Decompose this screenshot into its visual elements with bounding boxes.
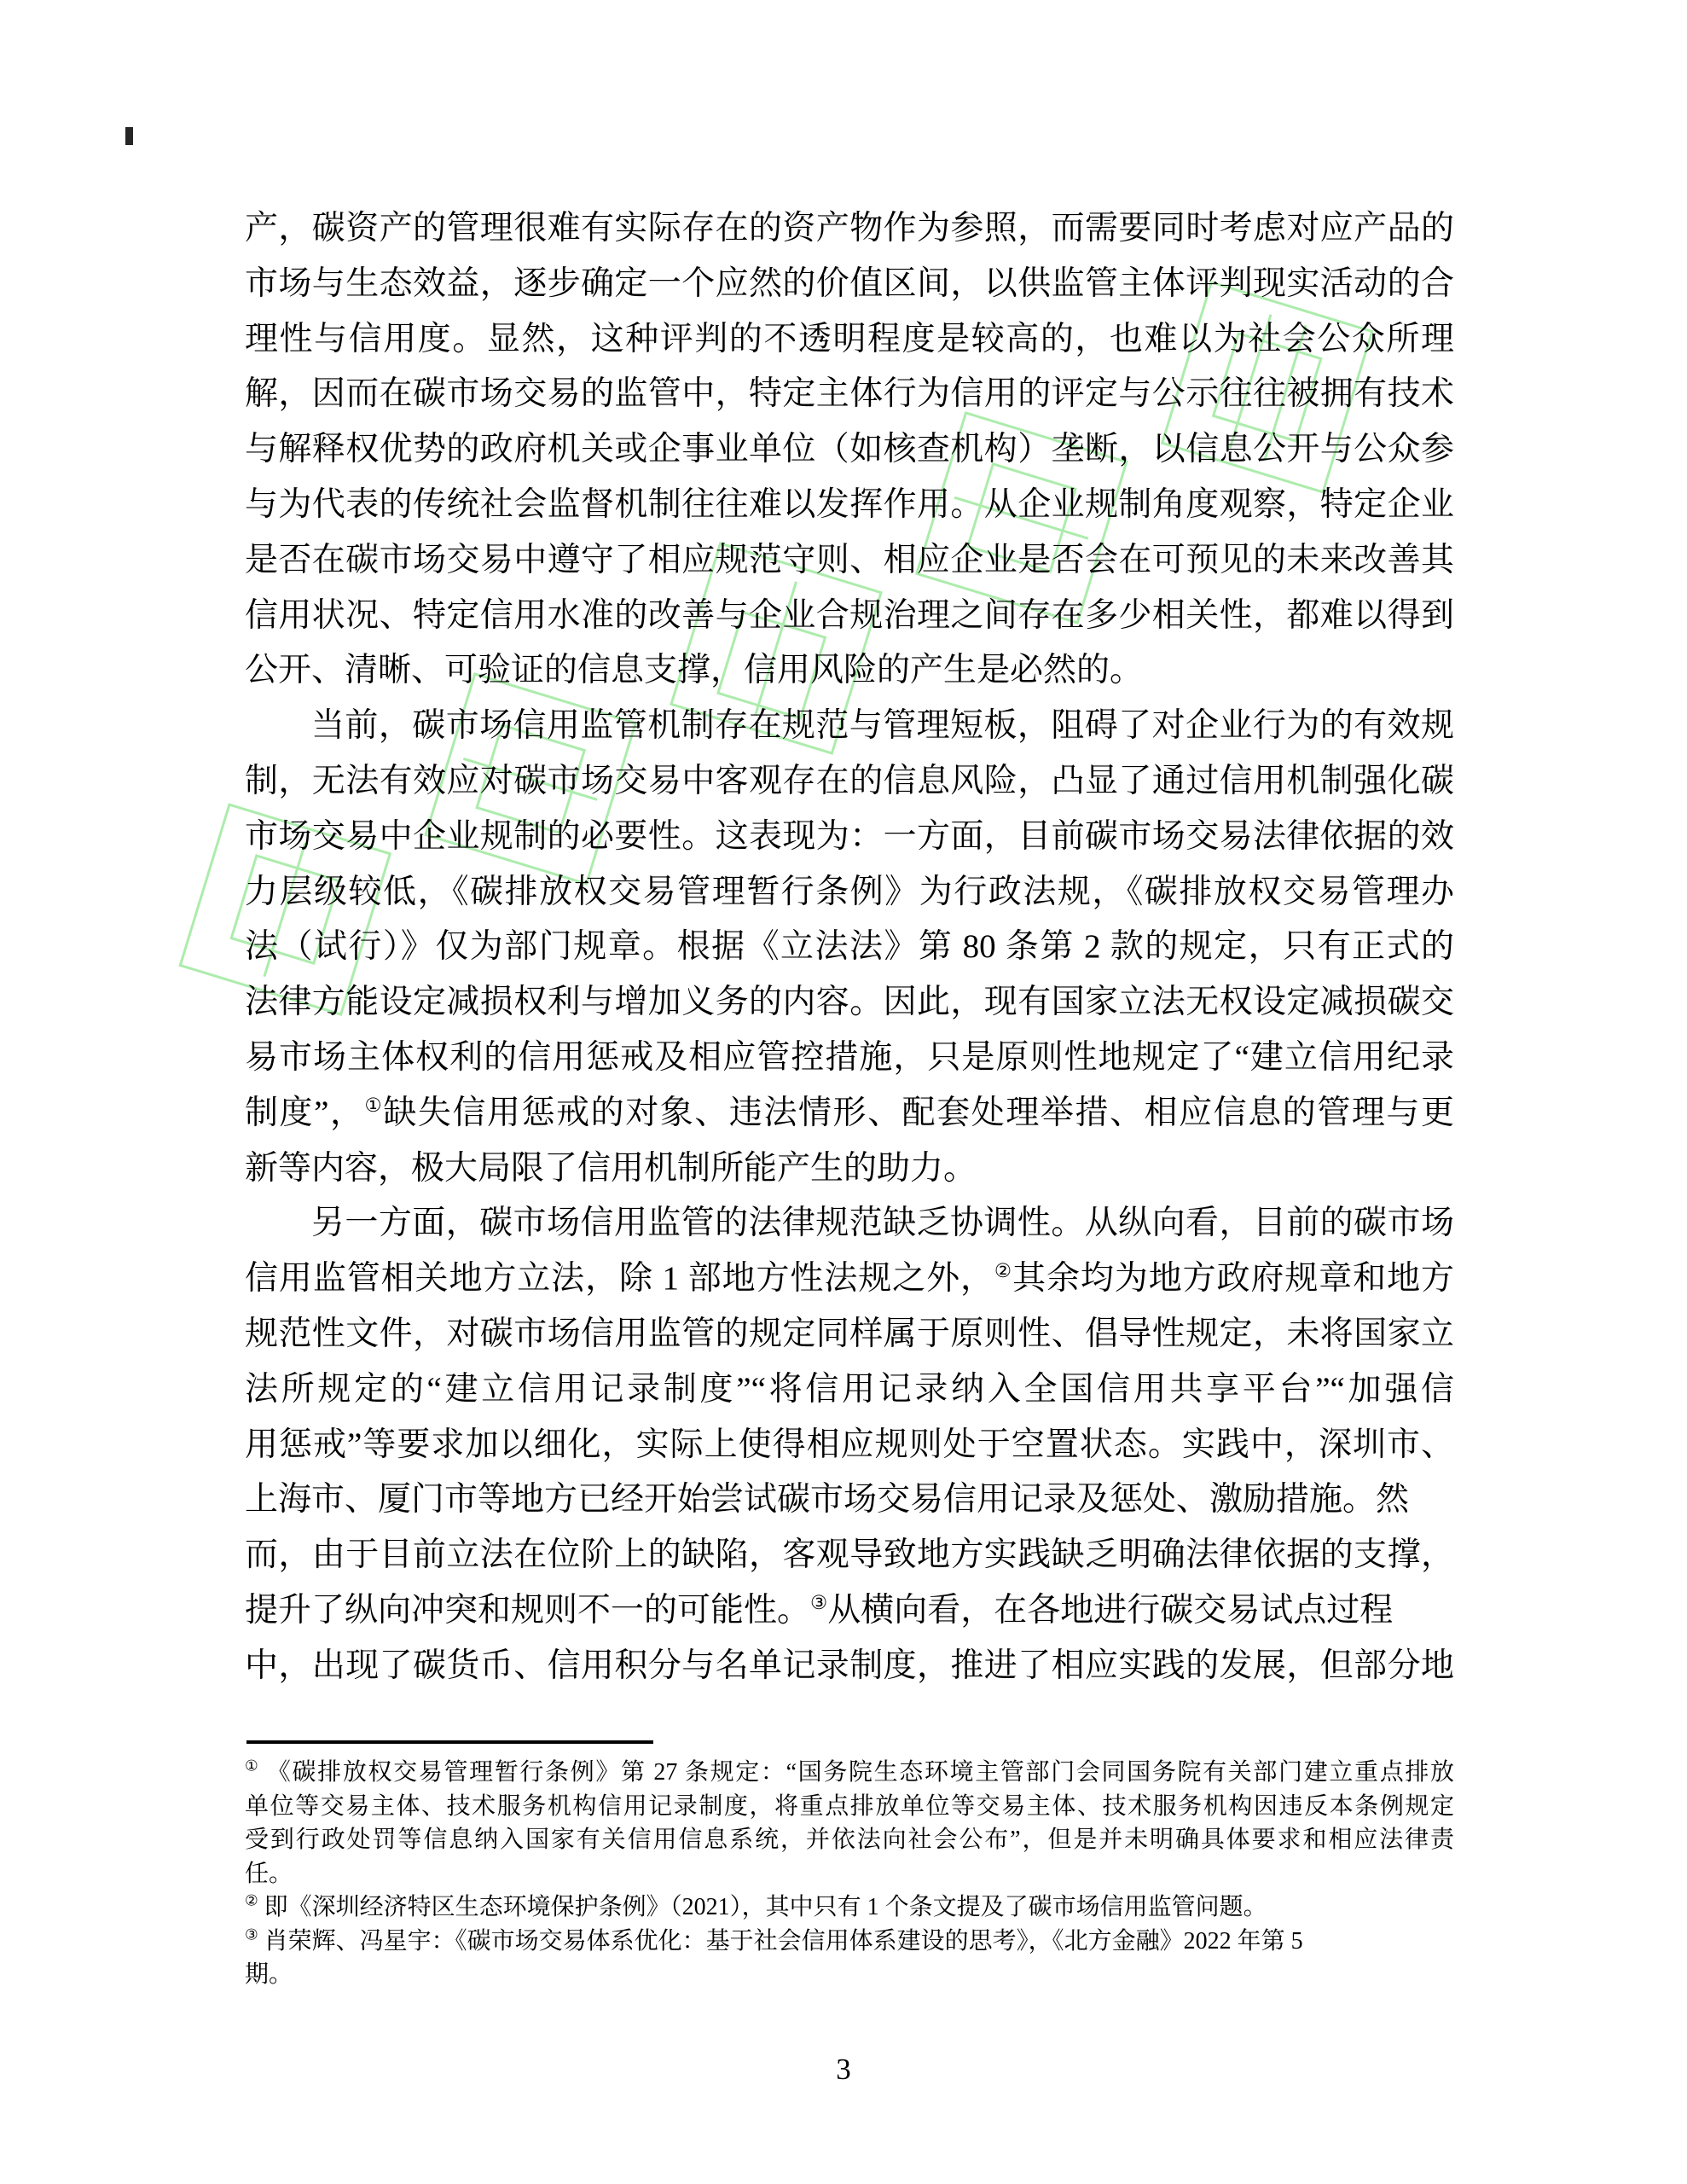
body-line: 上海市、厦门市等地方已经开始尝试碳市场交易信用记录及惩处、激励措施。然 xyxy=(245,1472,1454,1528)
body-line: 法所规定的“建立信用记录制度”“将信用记录纳入全国信用共享平台”“加强信 xyxy=(245,1362,1454,1418)
body-line: 制，无法有效应对碳市场交易中客观存在的信息风险，凸显了通过信用机制强化碳 xyxy=(245,754,1454,810)
document-page: 产，碳资产的管理很难有实际存在的资产物作为参照，而需要同时考虑对应产品的市场与生… xyxy=(0,0,1687,2184)
body-line: 解，因而在碳市场交易的监管中，特定主体行为信用的评定与公示往往被拥有技术 xyxy=(245,367,1454,422)
body-line: 提升了纵向冲突和规则不一的可能性。③从横向看，在各地进行碳交易试点过程 xyxy=(245,1583,1454,1639)
body-line: 另一方面，碳市场信用监管的法律规范缺乏协调性。从纵向看，目前的碳市场 xyxy=(245,1196,1454,1252)
body-line: 市场交易中企业规制的必要性。这表现为：一方面，目前碳市场交易法律依据的效 xyxy=(245,810,1454,865)
body-line: 法律方能设定减损权利与增加义务的内容。因此，现有国家立法无权设定减损碳交 xyxy=(245,975,1454,1031)
body-line: 信用监管相关地方立法，除 1 部地方性法规之外，②其余均为地方政府规章和地方 xyxy=(245,1252,1454,1307)
footnotes: ① 《碳排放权交易管理暂行条例》第 27 条规定：“国务院生态环境主管部门会同国… xyxy=(245,1756,1454,1992)
body-line: 与解释权优势的政府机关或企事业单位（如核查机构）垄断，以信息公开与公众参 xyxy=(245,422,1454,478)
body-line: 易市场主体权利的信用惩戒及相应管控措施，只是原则性地规定了“建立信用纪录 xyxy=(245,1031,1454,1086)
body-line: 公开、清晰、可验证的信息支撑，信用风险的产生是必然的。 xyxy=(245,643,1454,699)
footnote-line: 任。 xyxy=(245,1857,1454,1891)
footnote-line: ② 即《深圳经济特区生态环境保护条例》（2021），其中只有 1 个条文提及了碳… xyxy=(245,1891,1454,1925)
body-line: 当前，碳市场信用监管机制存在规范与管理短板，阻碍了对企业行为的有效规 xyxy=(245,699,1454,754)
footnote-line: 单位等交易主体、技术服务机构信用记录制度，将重点排放单位等交易主体、技术服务机构… xyxy=(245,1790,1454,1824)
body-line: 理性与信用度。显然，这种评判的不透明程度是较高的，也难以为社会公众所理 xyxy=(245,312,1454,368)
footnote-line: 期。 xyxy=(245,1958,1454,1992)
body-line: 用惩戒”等要求加以细化，实际上使得相应规则处于空置状态。实践中，深圳市、 xyxy=(245,1418,1454,1473)
footnote-line: ③ 肖荣辉、冯星宇：《碳市场交易体系优化：基于社会信用体系建设的思考》，《北方金… xyxy=(245,1925,1454,1959)
body-line: 新等内容，极大局限了信用机制所能产生的助力。 xyxy=(245,1141,1454,1197)
body-line: 力层级较低，《碳排放权交易管理暂行条例》为行政法规，《碳排放权交易管理办 xyxy=(245,865,1454,921)
footnote-separator xyxy=(246,1740,653,1744)
body-line: 而，由于目前立法在位阶上的缺陷，客观导致地方实践缺乏明确法律依据的支撑， xyxy=(245,1528,1454,1583)
footnote-line: ① 《碳排放权交易管理暂行条例》第 27 条规定：“国务院生态环境主管部门会同国… xyxy=(245,1756,1454,1790)
scan-artifact xyxy=(125,127,133,145)
body-line: 法（试行）》仅为部门规章。根据《立法法》第 80 条第 2 款的规定，只有正式的 xyxy=(245,920,1454,975)
body-line: 中，出现了碳货币、信用积分与名单记录制度，推进了相应实践的发展，但部分地 xyxy=(245,1639,1454,1694)
page-number: 3 xyxy=(0,2053,1687,2087)
body-line: 规范性文件，对碳市场信用监管的规定同样属于原则性、倡导性规定，未将国家立 xyxy=(245,1307,1454,1362)
footnote-line: 受到行政处罚等信息纳入国家有关信用信息系统，并依法向社会公布”，但是并未明确具体… xyxy=(245,1823,1454,1857)
body-line: 制度”，①缺失信用惩戒的对象、违法情形、配套处理举措、相应信息的管理与更 xyxy=(245,1086,1454,1141)
body-text: 产，碳资产的管理很难有实际存在的资产物作为参照，而需要同时考虑对应产品的市场与生… xyxy=(245,201,1454,1694)
body-line: 市场与生态效益，逐步确定一个应然的价值区间，以供监管主体评判现实活动的合 xyxy=(245,257,1454,312)
body-line: 与为代表的传统社会监督机制往往难以发挥作用。从企业规制角度观察，特定企业 xyxy=(245,478,1454,533)
body-line: 产，碳资产的管理很难有实际存在的资产物作为参照，而需要同时考虑对应产品的 xyxy=(245,201,1454,257)
body-line: 是否在碳市场交易中遵守了相应规范守则、相应企业是否会在可预见的未来改善其 xyxy=(245,533,1454,589)
body-line: 信用状况、特定信用水准的改善与企业合规治理之间存在多少相关性，都难以得到 xyxy=(245,589,1454,644)
